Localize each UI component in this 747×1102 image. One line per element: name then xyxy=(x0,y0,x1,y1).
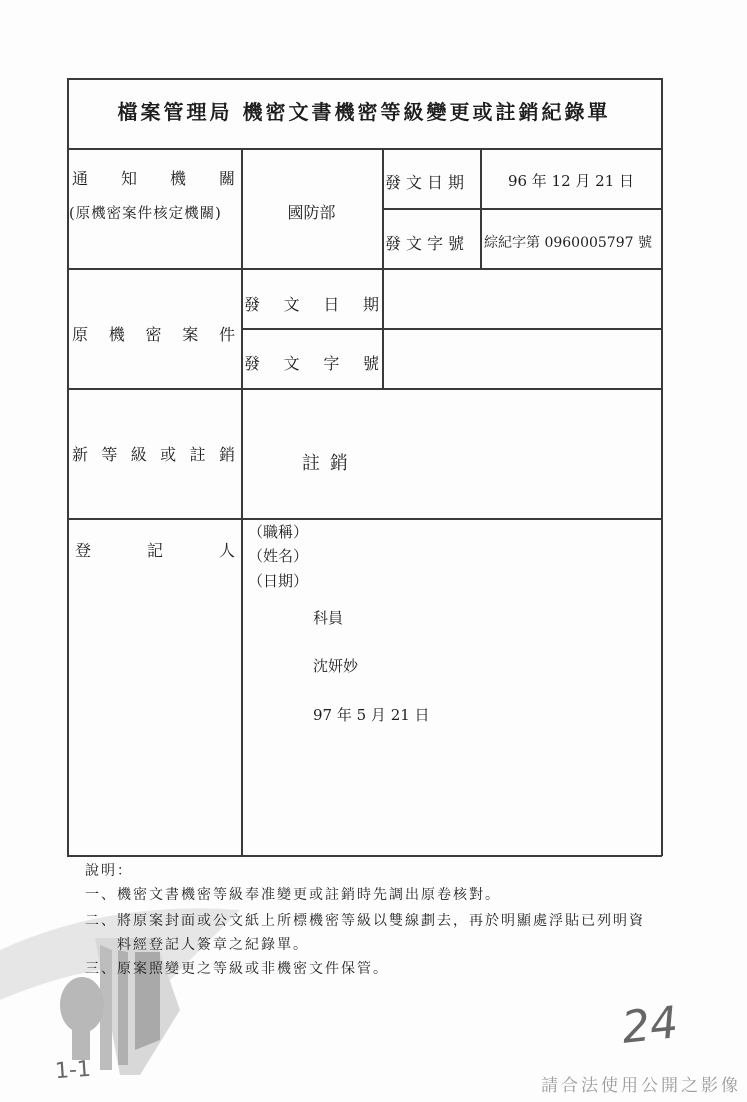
table-border-top xyxy=(67,78,662,80)
issue-date-label: 發文日期 xyxy=(385,170,469,193)
registrar-name-value: 沈妍妙 xyxy=(313,655,358,676)
notifying-agency-value: 國防部 xyxy=(241,200,382,223)
original-case-label: 原 機 密 案 件 xyxy=(72,322,235,345)
registrar-label: 登 記 人 xyxy=(75,538,235,561)
registrar-title-value: 科員 xyxy=(313,607,343,628)
row-divider xyxy=(67,388,662,390)
registrar-field-name-label: （姓名） xyxy=(248,545,308,566)
row-divider xyxy=(67,518,662,520)
note-item-2: 二、將原案封面或公文紙上所標機密等級以雙線劃去，再於明顯處浮貼已列明資 xyxy=(85,910,645,930)
new-level-label: 新 等 級 或 註 銷 xyxy=(72,442,235,465)
registrar-field-title-label: （職稱） xyxy=(248,521,308,542)
notifying-agency-label: 通 知 機 關 xyxy=(72,166,235,189)
col-divider xyxy=(241,148,243,856)
note-item-1: 一、機密文書機密等級奉准變更或註銷時先調出原卷核對。 xyxy=(85,884,501,904)
issue-number-value: 綜紀字第 0960005797 號 xyxy=(484,232,652,252)
usage-watermark: 請合法使用公開之影像 xyxy=(541,1071,741,1096)
registrar-field-date-label: （日期） xyxy=(248,570,308,591)
form-title: 檔案管理局 機密文書機密等級變更或註銷紀錄單 xyxy=(67,96,661,125)
notifying-agency-sublabel: (原機密案件核定機關) xyxy=(69,202,222,223)
table-border-left xyxy=(67,78,69,856)
subrow-divider xyxy=(382,208,662,210)
issue-number-label: 發文字號 xyxy=(385,231,469,254)
subrow-divider xyxy=(241,328,662,330)
note-item-2-continued: 料經登記人簽章之紀錄單。 xyxy=(85,934,309,954)
new-level-value: 註 銷 xyxy=(302,449,350,475)
note-item-3: 三、原案照變更之等級或非機密文件保管。 xyxy=(85,958,389,978)
row-divider xyxy=(67,268,662,270)
registrar-date-value: 97 年 5 月 21 日 xyxy=(313,704,430,725)
notes-heading: 說明： xyxy=(85,860,133,880)
handwritten-page-mark: 1-1 xyxy=(54,1057,92,1084)
row-divider xyxy=(67,148,662,150)
handwritten-page-number: 24 xyxy=(619,997,680,1054)
table-border-right xyxy=(661,78,663,856)
issue-date-value: 96 年 12 月 21 日 xyxy=(481,170,661,191)
col-divider xyxy=(382,148,384,388)
original-issue-number-label: 發 文 字 號 xyxy=(244,351,379,374)
original-issue-date-label: 發 文 日 期 xyxy=(244,292,379,315)
table-border-bottom xyxy=(67,855,662,857)
